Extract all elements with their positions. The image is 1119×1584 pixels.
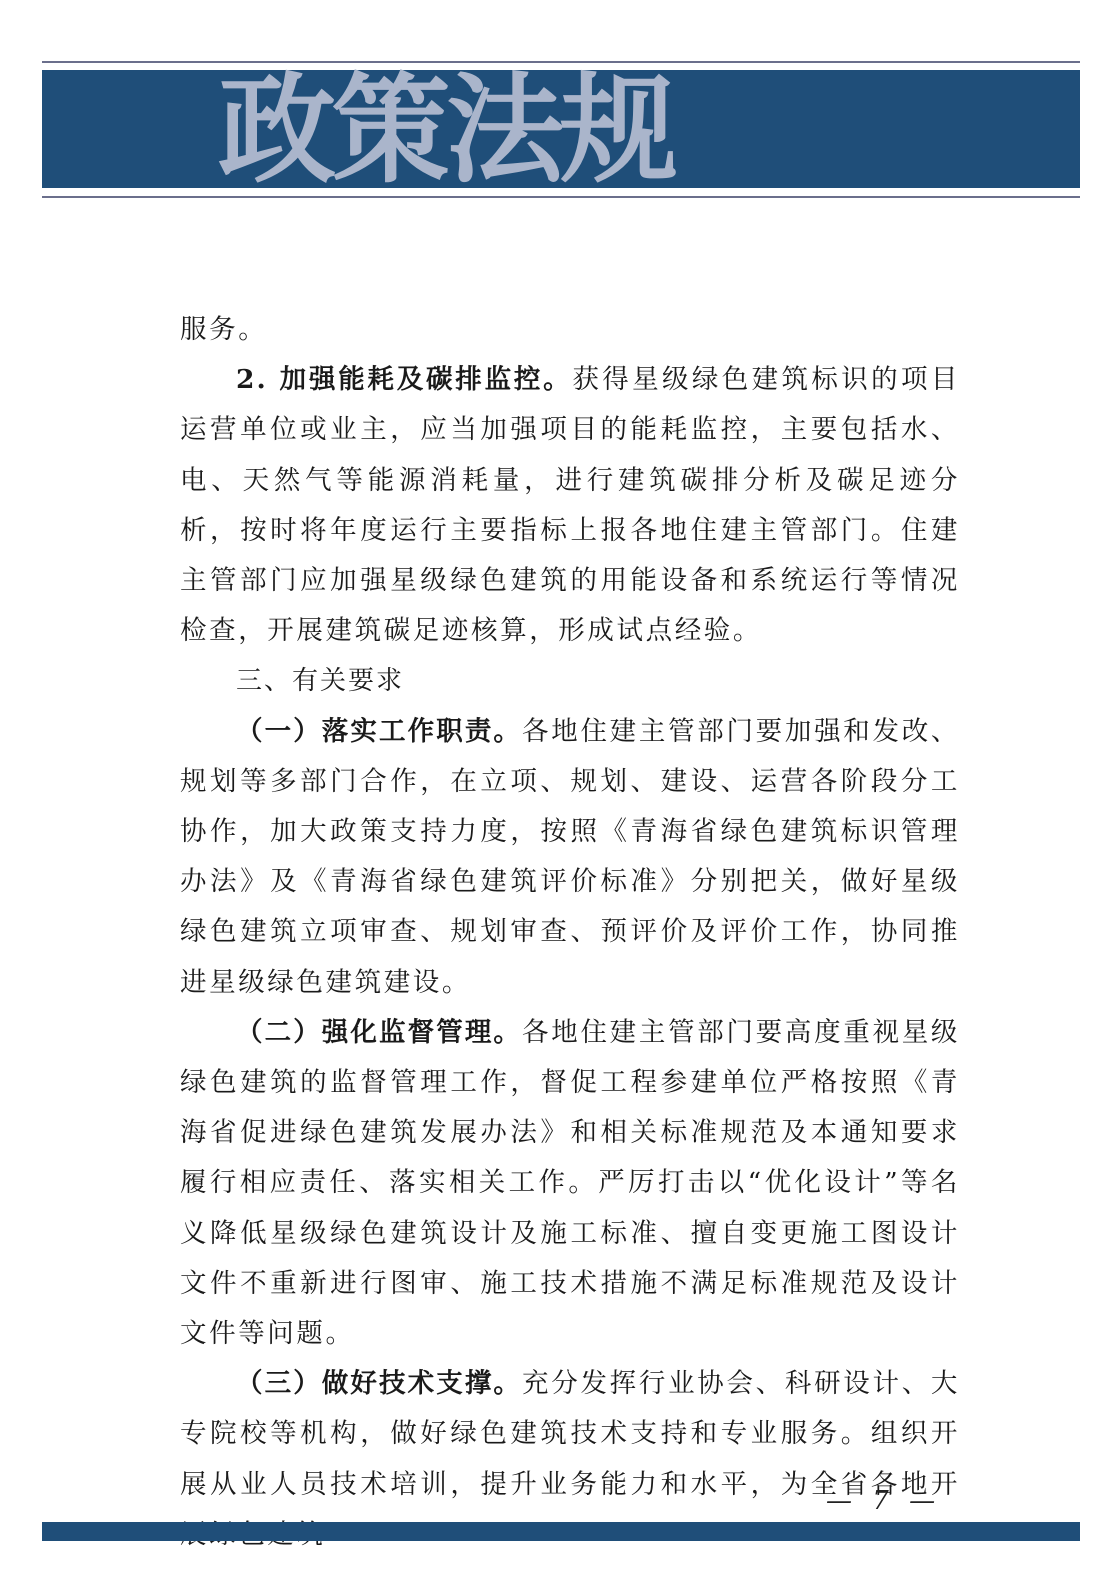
paragraph-item-2: 2. 加强能耗及碳排监控。获得星级绿色建筑标识的项目运营单位或业主，应当加强项目… bbox=[180, 355, 960, 656]
section-title: 政策法规 bbox=[218, 66, 674, 194]
page-number: — 7 — bbox=[826, 1486, 941, 1516]
paragraph-sub-1: （一）落实工作职责。各地住建主管部门要加强和发改、规划等多部门合作，在立项、规划… bbox=[180, 707, 960, 1008]
paragraph-lead: （一）落实工作职责。 bbox=[236, 716, 522, 747]
header-bottom-rule bbox=[42, 196, 1080, 198]
footer-band bbox=[42, 1522, 1080, 1541]
paragraph-lead: （二）强化监督管理。 bbox=[236, 1017, 522, 1048]
section-heading: 三、有关要求 bbox=[180, 656, 960, 706]
paragraph-text: 获得星级绿色建筑标识的项目运营单位或业主，应当加强项目的能耗监控，主要包括水、电… bbox=[180, 364, 960, 646]
paragraph-sub-2: （二）强化监督管理。各地住建主管部门要高度重视星级绿色建筑的监督管理工作，督促工… bbox=[180, 1008, 960, 1359]
document-body: 服务。 2. 加强能耗及碳排监控。获得星级绿色建筑标识的项目运营单位或业主，应当… bbox=[180, 305, 960, 1560]
paragraph-lead: （三）做好技术支撑。 bbox=[236, 1368, 522, 1399]
continuation-paragraph: 服务。 bbox=[180, 305, 960, 355]
paragraph-text: 各地住建主管部门要高度重视星级绿色建筑的监督管理工作，督促工程参建单位严格按照《… bbox=[180, 1017, 960, 1349]
paragraph-text: 各地住建主管部门要加强和发改、规划等多部门合作，在立项、规划、建设、运营各阶段分… bbox=[180, 716, 960, 998]
paragraph-lead: 2. 加强能耗及碳排监控。 bbox=[236, 364, 572, 395]
